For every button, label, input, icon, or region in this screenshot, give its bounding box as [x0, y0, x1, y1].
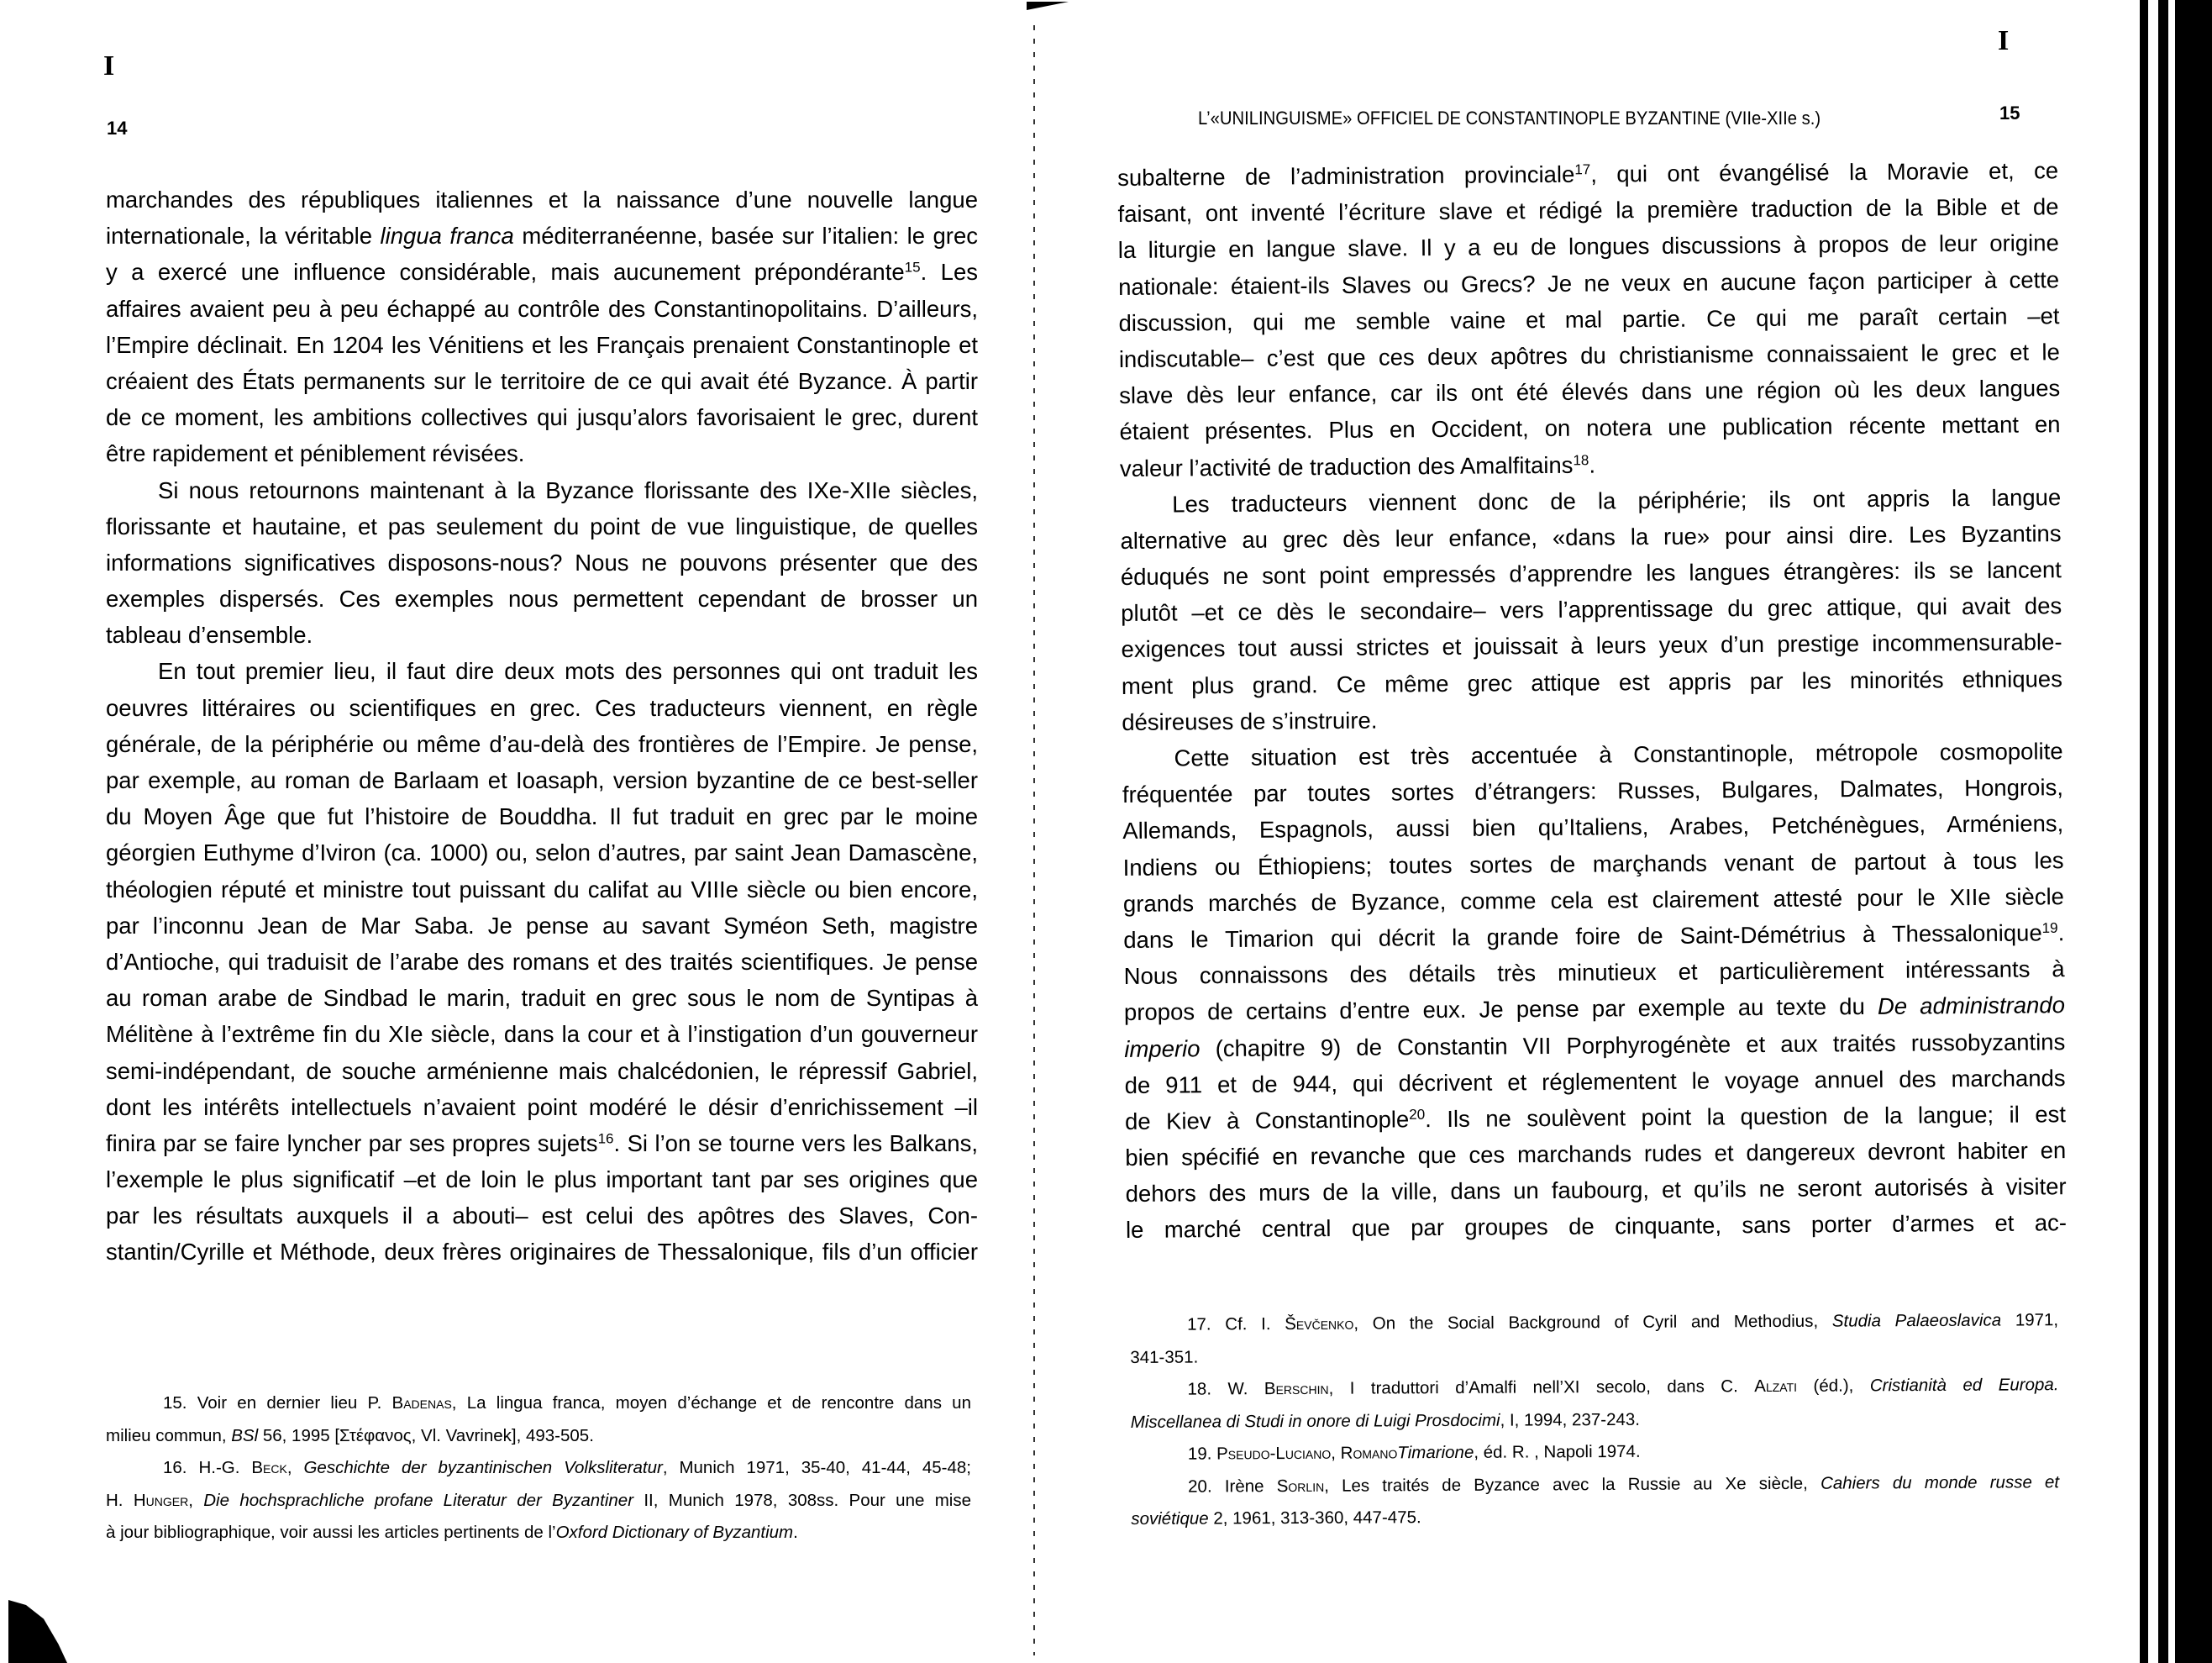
italic-text: Miscellanea di Studi in onore di Luigi P… [1131, 1410, 1500, 1431]
text-line: l’exemple le plus significatif –et de lo… [106, 1161, 978, 1197]
text-run: de Kiev à Constantinople [1125, 1106, 1409, 1134]
text-line: marchandes des républiques italiennes et… [106, 182, 978, 218]
text-run: 20. Irène [1188, 1476, 1277, 1497]
author-name: Berschin [1264, 1379, 1329, 1398]
author-name: Badenas [392, 1393, 452, 1413]
text-run: , [1331, 1444, 1341, 1463]
text-run: 1971, [2001, 1310, 2058, 1329]
footnote-ref: 19 [2042, 920, 2058, 936]
text-line: 15. Voir en dernier lieu P. Badenas, La … [106, 1387, 971, 1420]
text-run: (chapitre 9) de Constantin VII Porphyrog… [1200, 1029, 2065, 1061]
text-line: En tout premier lieu, il faut dire deux … [106, 653, 978, 689]
text-line: florissante et hautaine, et pas seulemen… [106, 508, 978, 545]
italic-text: De administrando [1878, 992, 2065, 1019]
text-line: oeuvres littéraires ou scientifiques en … [106, 690, 978, 726]
text-line: 341-351. [1130, 1337, 2058, 1374]
author-name: Sorlin [1277, 1476, 1325, 1495]
text-run: , On the Social Background of Cyril and … [1353, 1312, 1832, 1334]
text-run: . [1589, 451, 1595, 477]
text-run: subalterne de l’administration provincia… [1117, 161, 1574, 191]
text-run: 17. Cf. I. [1187, 1314, 1285, 1334]
text-line: au roman arabe de Sindbad le marin, trad… [106, 980, 978, 1016]
text-line: à jour bibliographique, voir aussi les a… [106, 1517, 971, 1550]
page-number: 15 [1999, 103, 2020, 124]
text-run: à jour bibliographique, voir aussi les a… [106, 1523, 556, 1542]
footnote-ref: 16 [598, 1131, 614, 1147]
text-run: milieu commun, [106, 1426, 231, 1445]
footnote: 20. Irène Sorlin, Les traités de Byzance… [1131, 1466, 2059, 1536]
text-line: informations significatives disposons-no… [106, 545, 978, 581]
text-run: , La lingua franca, moyen d’échange et d… [452, 1393, 971, 1413]
italic-text: soviétique [1131, 1509, 1208, 1529]
text-line: Mélitène à l’extrême fin du XIe siècle, … [106, 1016, 978, 1052]
text-line: par les résultats auxquels il a abouti– … [106, 1197, 978, 1234]
text-run: II, Munich 1978, 308ss. Pour une mise [633, 1491, 971, 1510]
text-run: y a exercé une influence considérable, m… [106, 259, 905, 285]
text-line: être rapidement et péniblement révisées. [106, 435, 978, 471]
text-run: . Ils ne soulèvent point la question de … [1425, 1101, 2066, 1132]
text-run: , [287, 1458, 304, 1477]
text-line: 16. H.-G. Beck, Geschichte der byzantini… [106, 1452, 971, 1485]
text-line: d’Antioche, qui traduisit de l’arabe des… [106, 944, 978, 980]
text-line: exemples dispersés. Ces exemples nous pe… [106, 581, 978, 617]
text-line: générale, de la périphérie ou même d’au-… [106, 726, 978, 762]
running-head: L’«UNILINGUISME» OFFICIEL DE CONSTANTINO… [1198, 108, 1821, 129]
body-text: subalterne de l’administration provincia… [1117, 152, 2067, 1248]
text-run: 18. W. [1187, 1379, 1264, 1398]
left-page: I 14 marchandes des républiques italienn… [0, 0, 1033, 1663]
italic-text: Timarione [1397, 1443, 1474, 1462]
gutter-flag-mark [1027, 2, 1069, 10]
text-line: le marché central que par groupes de cin… [1126, 1205, 2067, 1249]
text-line: l’Empire déclinait. En 1204 les Vénitien… [106, 327, 978, 363]
text-line: 17. Cf. I. Ševčenko, On the Social Backg… [1130, 1304, 2058, 1341]
text-line: par l’inconnu Jean de Mar Saba. Je pense… [106, 908, 978, 944]
footnote: 17. Cf. I. Ševčenko, On the Social Backg… [1130, 1304, 2058, 1374]
text-line: affaires avaient peu à peu échappé au co… [106, 291, 978, 327]
footnotes: 17. Cf. I. Ševčenko, On the Social Backg… [1130, 1304, 2059, 1535]
text-run: propos de certains d’entre eux. Je pense… [1124, 993, 1878, 1025]
text-run: internationale, la véritable [106, 223, 381, 249]
text-line: Si nous retournons maintenant à la Byzan… [106, 472, 978, 508]
text-run: , [188, 1491, 203, 1510]
text-run: finira par se faire lyncher par ses prop… [106, 1130, 598, 1156]
text-run: , qui ont évangélisé la Moravie et, ce [1590, 157, 2058, 187]
page-number: 14 [107, 118, 127, 139]
text-line: 20. Irène Sorlin, Les traités de Byzance… [1131, 1466, 2059, 1503]
gutter-binding-line [1033, 25, 1035, 1655]
author-name: Pseudo-Luciano [1216, 1444, 1331, 1464]
italic-text: Oxford Dictionary of Byzantium [556, 1523, 794, 1542]
italic-text: Cahiers du monde russe et [1821, 1472, 2059, 1492]
text-run: H. [106, 1491, 134, 1510]
text-line: du Moyen Âge que fut l’histoire de Boudd… [106, 798, 978, 834]
footnote: 15. Voir en dernier lieu P. Badenas, La … [106, 1387, 971, 1452]
text-run: 341-351. [1130, 1347, 1198, 1366]
footnote-ref: 17 [1574, 161, 1590, 177]
author-name: Beck [251, 1458, 286, 1477]
text-line: finira par se faire lyncher par ses prop… [106, 1125, 978, 1161]
text-run: . Si l’on se tourne vers les Balkans, [614, 1130, 978, 1156]
text-line: 18. W. Berschin, I traduttori d’Amalfi n… [1130, 1369, 2058, 1406]
italic-text: lingua franca [381, 223, 514, 249]
author-name: Alzati [1754, 1376, 1797, 1396]
scanner-edge-border [2140, 0, 2212, 1663]
author-name: Ševčenko [1285, 1314, 1353, 1334]
chapter-mark: I [103, 50, 114, 82]
text-run: , Napoli 1974. [1534, 1442, 1641, 1462]
footnote-ref: 18 [1573, 452, 1589, 468]
text-run: , I traduttori d’Amalfi nell’XI secolo, … [1328, 1376, 1754, 1398]
text-line: géorgien Euthyme d’Iviron (ca. 1000) ou,… [106, 834, 978, 871]
footnote-ref: 15 [905, 260, 921, 276]
text-run: 19. [1188, 1444, 1216, 1463]
text-line: de ce moment, les ambitions collectives … [106, 399, 978, 435]
text-line: tableau d’ensemble. [106, 617, 978, 653]
text-run: 15. Voir en dernier lieu P. [163, 1393, 392, 1413]
author-name: Hunger [134, 1491, 188, 1510]
italic-text: Cristianità ed Europa. [1870, 1375, 2059, 1395]
text-run: , I, 1994, 237-243. [1500, 1409, 1640, 1429]
text-run: 2, 1961, 313-360, 447-475. [1209, 1508, 1421, 1528]
text-line: Miscellanea di Studi in onore di Luigi P… [1131, 1402, 2059, 1439]
text-line: H. Hunger, Die hochsprachliche profane L… [106, 1485, 971, 1518]
footnote: 16. H.-G. Beck, Geschichte der byzantini… [106, 1452, 971, 1550]
text-run: , Munich 1971, 35-40, 41-44, 45-48; [663, 1458, 971, 1477]
footnotes: 15. Voir en dernier lieu P. Badenas, La … [106, 1387, 971, 1550]
author-name: Romano [1341, 1443, 1398, 1462]
text-run: valeur l’activité de traduction des Amal… [1120, 451, 1574, 481]
italic-text: Studia Palaeoslavica [1832, 1311, 2001, 1331]
chapter-mark: I [1998, 25, 2009, 57]
text-run: . [2057, 919, 2064, 945]
text-line: y a exercé une influence considérable, m… [106, 254, 978, 290]
text-run: 16. H.-G. [163, 1458, 251, 1477]
italic-text: BSl [231, 1426, 258, 1445]
text-line: théologien réputé et ministre tout puiss… [106, 871, 978, 908]
text-line: 19. Pseudo-Luciano, RomanoTimarione, éd.… [1131, 1434, 2059, 1471]
text-run: , éd. R. [1474, 1442, 1534, 1461]
text-run: dans le Timarion qui décrit la grande fo… [1123, 919, 2042, 953]
text-line: ment plus grand. Ce même grec attique es… [1122, 660, 2062, 704]
italic-text: Geschichte der byzantinischen Volksliter… [303, 1458, 662, 1477]
text-run: 56, 1995 [Στέφανος, Vl. Vavrinek], 493-5… [258, 1426, 594, 1445]
text-line: créaient des États permanents sur le ter… [106, 363, 978, 399]
text-line: milieu commun, BSl 56, 1995 [Στέφανος, V… [106, 1420, 971, 1453]
text-line: soviétique 2, 1961, 313-360, 447-475. [1131, 1498, 2059, 1535]
text-run: méditerranéenne, basée sur l’italien: le… [514, 223, 978, 249]
footnote-ref: 20 [1409, 1107, 1425, 1123]
footnote: 18. W. Berschin, I traduttori d’Amalfi n… [1130, 1369, 2058, 1439]
text-line: dont les intérêts intellectuels n’avaien… [106, 1089, 978, 1125]
italic-text: imperio [1124, 1035, 1200, 1062]
text-run: (éd.), [1797, 1376, 1870, 1395]
italic-text: Die hochsprachliche profane Literatur de… [203, 1491, 633, 1510]
text-line: étaient présentes. Plus en Occident, on … [1119, 407, 2060, 450]
text-line: stantin/Cyrille et Méthode, deux frères … [106, 1234, 978, 1270]
text-run: . Les [921, 259, 978, 285]
text-line: par exemple, au roman de Barlaam et Ioas… [106, 762, 978, 798]
text-run: . [793, 1523, 798, 1542]
text-run: , Les traités de Byzance avec la Russie … [1324, 1473, 1821, 1495]
footnote: 19. Pseudo-Luciano, RomanoTimarione, éd.… [1131, 1434, 2059, 1471]
text-line: semi-indépendant, de souche arménienne m… [106, 1053, 978, 1089]
right-page: I L’«UNILINGUISME» OFFICIEL DE CONSTANTI… [1033, 0, 2083, 1663]
body-text: marchandes des républiques italiennes et… [106, 182, 978, 1271]
text-line: internationale, la véritable lingua fran… [106, 218, 978, 254]
